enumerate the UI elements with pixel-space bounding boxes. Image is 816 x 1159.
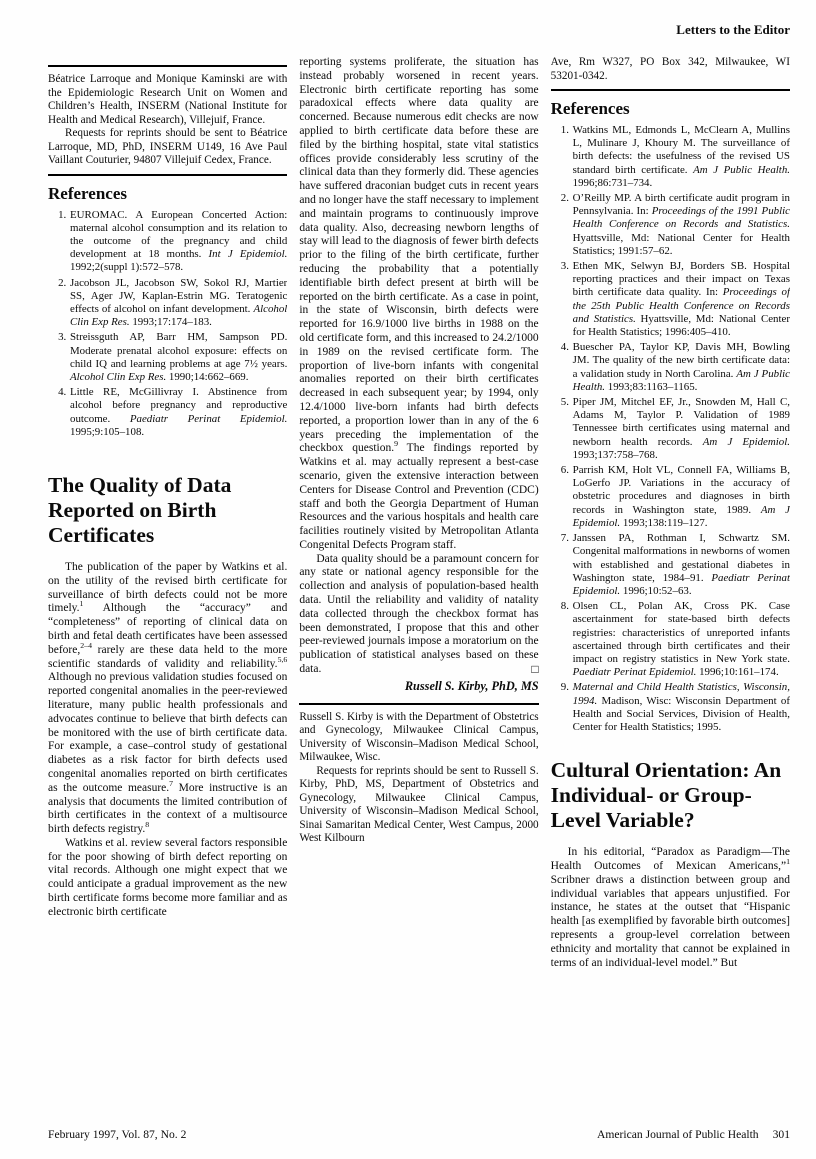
reference-item: EUROMAC. A European Concerted Action: ma… xyxy=(69,209,287,275)
reference-item: Olsen CL, Polan AK, Cross PK. Case ascer… xyxy=(572,600,790,679)
reprints-note: Requests for reprints should be sent to … xyxy=(299,765,538,846)
closing-paragraph-text: Data quality should be a paramount conce… xyxy=(299,553,538,675)
body-paragraph: In his editorial, “Paradox as Paradigm—T… xyxy=(551,846,790,970)
affiliation-note: Russell S. Kirby is with the Department … xyxy=(299,711,538,765)
column-1: Béatrice Larroque and Monique Kaminski a… xyxy=(48,56,287,1110)
reference-item: Jacobson JL, Jacobson SW, Sokol RJ, Mart… xyxy=(69,277,287,330)
reference-item: Ethen MK, Selwyn BJ, Borders SB. Hospita… xyxy=(572,260,790,339)
article-title-birth-certificates: The Quality of Data Reported on Birth Ce… xyxy=(48,473,287,548)
reference-item: O’Reilly MP. A birth certificate audit p… xyxy=(572,192,790,258)
column-2: reporting systems proliferate, the situa… xyxy=(299,56,538,1110)
reprints-note: Requests for reprints should be sent to … xyxy=(48,127,287,168)
divider xyxy=(48,174,287,176)
column-3: Ave, Rm W327, PO Box 342, Milwaukee, WI … xyxy=(551,56,790,1110)
references-heading: References xyxy=(551,99,790,119)
reference-item: Piper JM, Mitchel EF, Jr., Snowden M, Ha… xyxy=(572,396,790,462)
page-number: 301 xyxy=(773,1128,790,1141)
reference-item: Little RE, McGillivray I. Abstinence fro… xyxy=(69,386,287,439)
three-column-layout: Béatrice Larroque and Monique Kaminski a… xyxy=(48,56,790,1110)
references-heading: References xyxy=(48,184,287,204)
divider xyxy=(551,89,790,91)
body-paragraph: The publication of the paper by Watkins … xyxy=(48,561,287,837)
issue-info: February 1997, Vol. 87, No. 2 xyxy=(48,1128,186,1141)
reference-item: Watkins ML, Edmonds L, McClearn A, Mulli… xyxy=(572,124,790,190)
page-footer: February 1997, Vol. 87, No. 2 American J… xyxy=(48,1128,790,1141)
author-signature: Russell S. Kirby, PhD, MS xyxy=(299,679,538,694)
divider xyxy=(299,703,538,705)
reference-item: Parrish KM, Holt VL, Connell FA, William… xyxy=(572,464,790,530)
reference-item: Streissguth AP, Barr HM, Sampson PD. Mod… xyxy=(69,331,287,384)
running-head: Letters to the Editor xyxy=(676,22,790,38)
reference-list: Watkins ML, Edmonds L, McClearn A, Mulli… xyxy=(551,124,790,734)
reference-item: Buescher PA, Taylor KP, Davis MH, Bowlin… xyxy=(572,341,790,394)
divider xyxy=(48,65,287,67)
journal-info: American Journal of Public Health301 xyxy=(597,1128,790,1141)
reference-item: Maternal and Child Health Statistics, Wi… xyxy=(572,681,790,734)
body-paragraph-continuation: reporting systems proliferate, the situa… xyxy=(299,56,538,553)
reference-list: EUROMAC. A European Concerted Action: ma… xyxy=(48,209,287,439)
body-paragraph: Watkins et al. review several factors re… xyxy=(48,837,287,920)
article-title-cultural-orientation: Cultural Orientation: An Individual- or … xyxy=(551,758,790,833)
reprints-note-continuation: Ave, Rm W327, PO Box 342, Milwaukee, WI … xyxy=(551,56,790,83)
affiliation-note: Béatrice Larroque and Monique Kaminski a… xyxy=(48,73,287,127)
journal-name: American Journal of Public Health xyxy=(597,1128,759,1141)
reference-item: Janssen PA, Rothman I, Schwartz SM. Cong… xyxy=(572,532,790,598)
closing-paragraph: Data quality should be a paramount conce… xyxy=(299,553,538,677)
journal-page: Letters to the Editor Béatrice Larroque … xyxy=(0,0,816,1159)
end-of-letter-box-icon: □ xyxy=(514,663,538,677)
